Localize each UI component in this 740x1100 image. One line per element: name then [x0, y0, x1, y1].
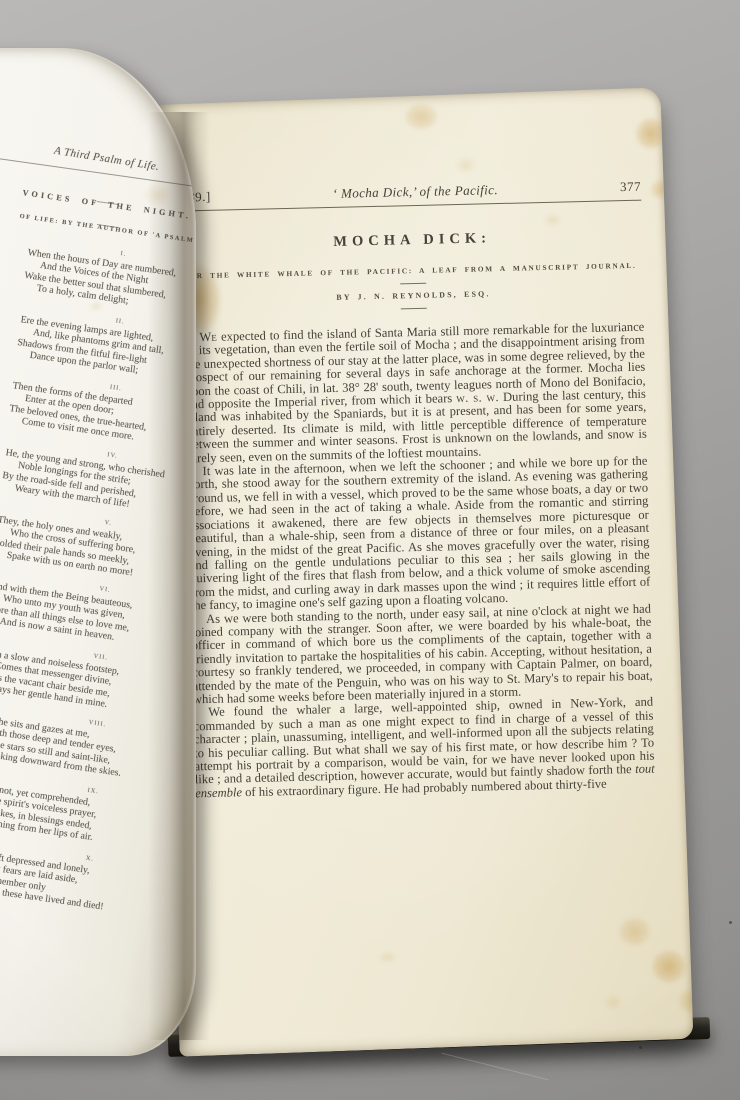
- article-title: MOCHA DICK:: [182, 227, 642, 255]
- photo-of-open-book: { "left_page": { "running_header": "A Th…: [0, 0, 740, 1100]
- divider-rule: [400, 283, 426, 285]
- left-running-header: A Third Psalm of Life.: [0, 136, 196, 182]
- page-number: 377: [620, 179, 641, 195]
- stanza: I.When the hours of Day are numbered,And…: [22, 237, 196, 319]
- surface-scratch: [442, 1053, 549, 1081]
- surface-speck: [639, 1046, 642, 1049]
- paragraph: We found the whaler a large, well-appoin…: [193, 696, 655, 801]
- left-page: A Third Psalm of Life. VOICES OF THE NIG…: [0, 48, 196, 1056]
- article-byline: BY J. N. REYNOLDS, ESQ.: [183, 286, 643, 306]
- right-page: 839.] ‘ Mocha Dick,’ of the Pacific. 377…: [147, 87, 694, 1056]
- paragraph: We expected to find the island of Santa …: [184, 321, 647, 466]
- paragraph: As we were both standing to the north, u…: [191, 602, 653, 707]
- paragraph: It was late in the afternoon, when we le…: [187, 455, 650, 613]
- right-page-content: 839.] ‘ Mocha Dick,’ of the Pacific. 377…: [152, 90, 688, 1054]
- divider-rule: [401, 308, 427, 310]
- left-page-content: A Third Psalm of Life. VOICES OF THE NIG…: [0, 136, 196, 892]
- article-paragraphs: We expected to find the island of Santa …: [184, 321, 655, 801]
- article-subtitle: OR THE WHITE WHALE OF THE PACIFIC: A LEA…: [183, 261, 643, 281]
- stanza-list: I.When the hours of Day are numbered,And…: [0, 237, 196, 892]
- running-title: ‘ Mocha Dick,’ of the Pacific.: [332, 182, 498, 202]
- surface-speck: [729, 921, 732, 924]
